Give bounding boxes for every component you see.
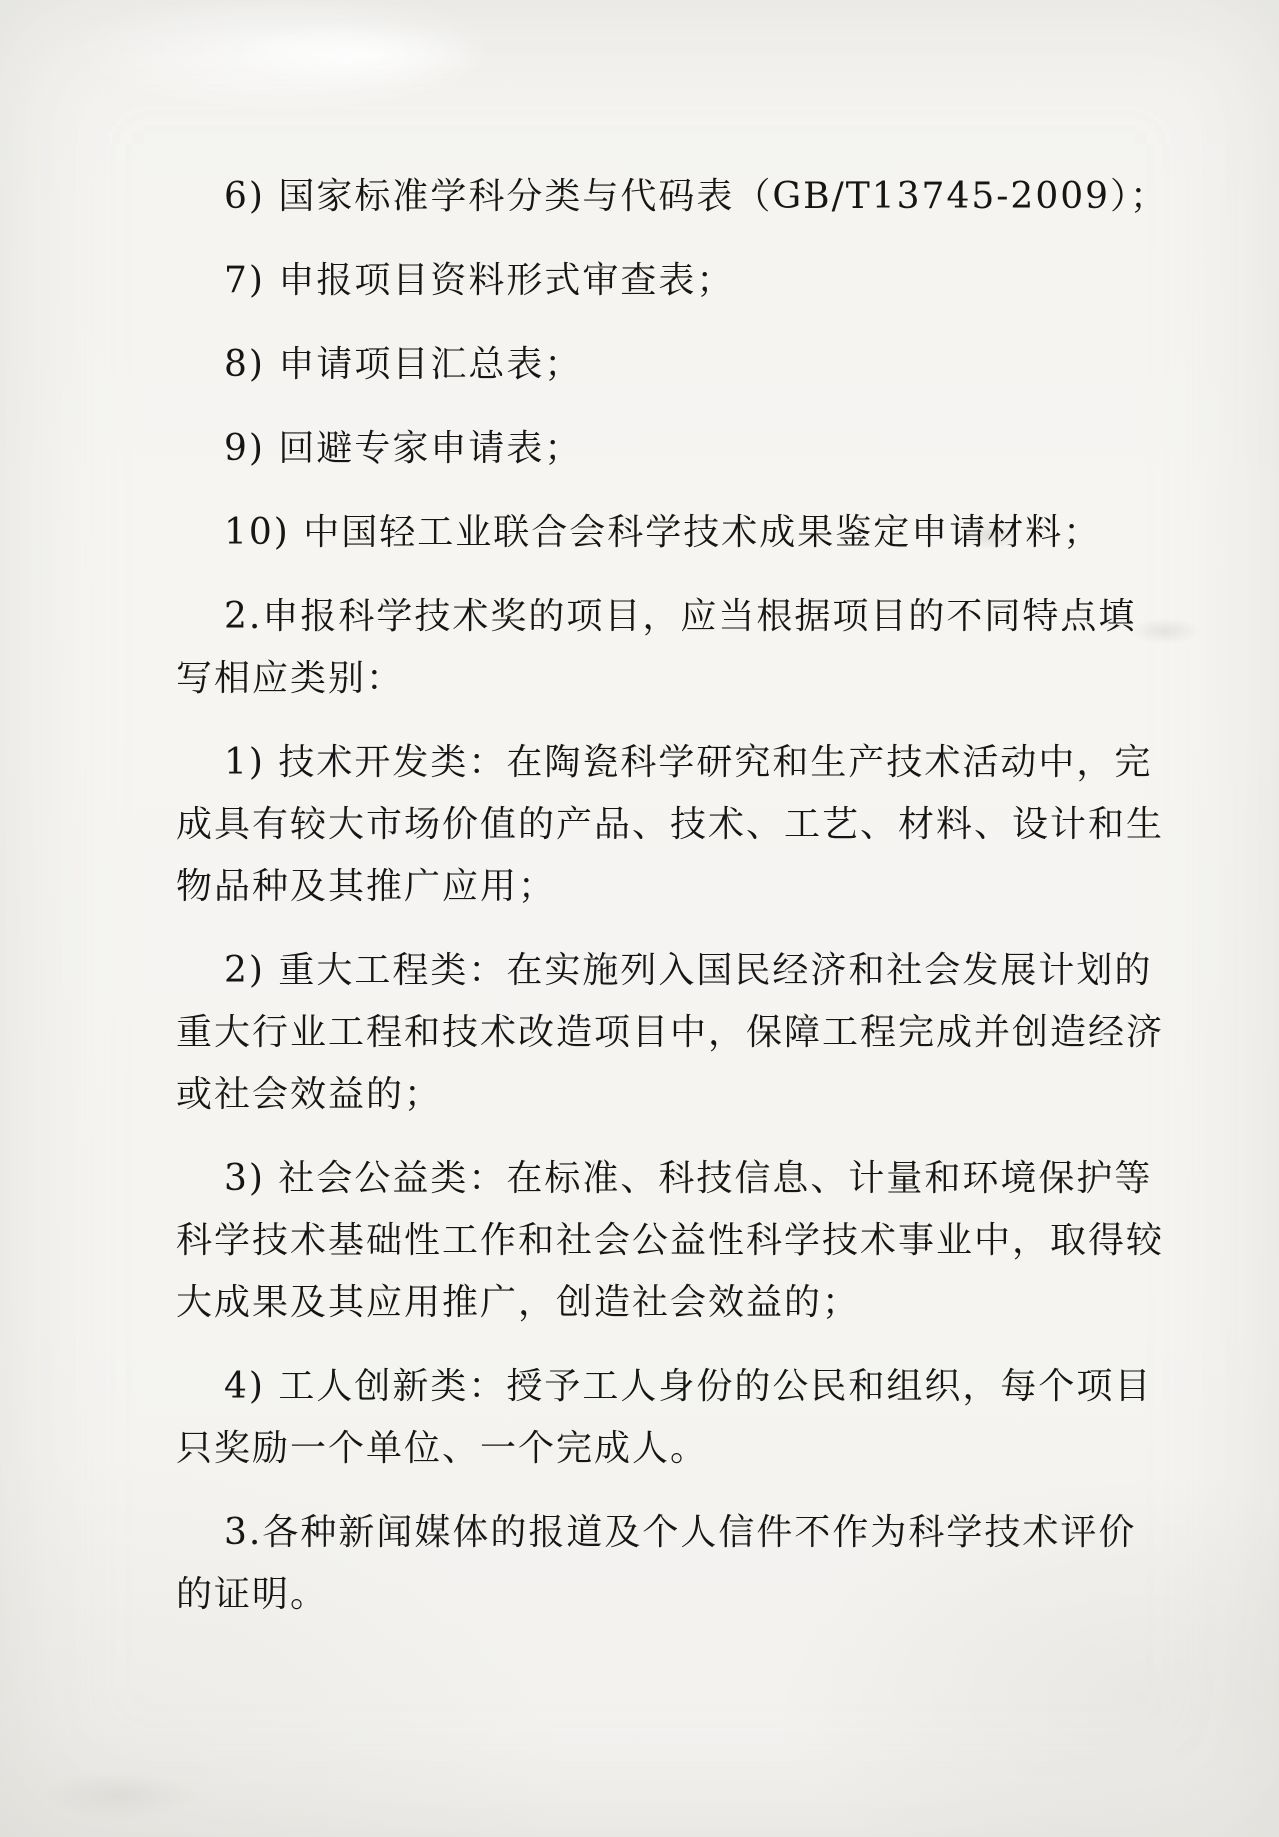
paragraph-2: 2.申报科学技术奖的项目，应当根据项目的不同特点填 写相应类别：	[176, 586, 1138, 710]
category-item-2: 2) 重大工程类：在实施列入国民经济和社会发展计划的 重大行业工程和技术改造项目…	[176, 940, 1138, 1126]
text-line: 或社会效益的；	[176, 1064, 1138, 1126]
list-item-9: 9) 回避专家申请表；	[176, 418, 1138, 480]
text-line: 1) 技术开发类：在陶瓷科学研究和生产技术活动中，完	[176, 732, 1138, 794]
scan-smudge	[40, 1770, 200, 1820]
text-line: 4) 工人创新类：授予工人身份的公民和组织，每个项目	[176, 1356, 1138, 1418]
text-line: 只奖励一个单位、一个完成人。	[176, 1418, 1138, 1480]
text-line: 写相应类别：	[176, 648, 1138, 710]
text-line: 科学技术基础性工作和社会公益性科学技术事业中，取得较	[176, 1210, 1138, 1272]
category-item-4: 4) 工人创新类：授予工人身份的公民和组织，每个项目 只奖励一个单位、一个完成人…	[176, 1356, 1138, 1480]
text-line: 成具有较大市场价值的产品、技术、工艺、材料、设计和生	[176, 794, 1138, 856]
scan-smudge	[230, 20, 490, 90]
list-item-7: 7) 申报项目资料形式审查表；	[176, 250, 1138, 312]
text-line: 重大行业工程和技术改造项目中，保障工程完成并创造经济	[176, 1002, 1138, 1064]
text-line: 3) 社会公益类：在标准、科技信息、计量和环境保护等	[176, 1148, 1138, 1210]
scanned-page: 6) 国家标准学科分类与代码表（GB/T13745-2009）； 7) 申报项目…	[0, 0, 1279, 1837]
document-body: 6) 国家标准学科分类与代码表（GB/T13745-2009）； 7) 申报项目…	[176, 166, 1138, 1648]
category-item-3: 3) 社会公益类：在标准、科技信息、计量和环境保护等 科学技术基础性工作和社会公…	[176, 1148, 1138, 1334]
category-item-1: 1) 技术开发类：在陶瓷科学研究和生产技术活动中，完 成具有较大市场价值的产品、…	[176, 732, 1138, 918]
text-line: 3.各种新闻媒体的报道及个人信件不作为科学技术评价	[176, 1502, 1138, 1564]
list-item-6: 6) 国家标准学科分类与代码表（GB/T13745-2009）；	[176, 166, 1138, 228]
paragraph-3: 3.各种新闻媒体的报道及个人信件不作为科学技术评价 的证明。	[176, 1502, 1138, 1626]
list-item-10: 10) 中国轻工业联合会科学技术成果鉴定申请材料；	[176, 502, 1138, 564]
text-line: 的证明。	[176, 1564, 1138, 1626]
text-line: 7) 申报项目资料形式审查表；	[176, 250, 1138, 312]
list-item-8: 8) 申请项目汇总表；	[176, 334, 1138, 396]
text-line: 物品种及其推广应用；	[176, 856, 1138, 918]
text-line: 大成果及其应用推广，创造社会效益的；	[176, 1272, 1138, 1334]
text-line: 10) 中国轻工业联合会科学技术成果鉴定申请材料；	[176, 502, 1138, 564]
text-line: 6) 国家标准学科分类与代码表（GB/T13745-2009）；	[176, 166, 1138, 228]
text-line: 8) 申请项目汇总表；	[176, 334, 1138, 396]
text-line: 2) 重大工程类：在实施列入国民经济和社会发展计划的	[176, 940, 1138, 1002]
text-line: 9) 回避专家申请表；	[176, 418, 1138, 480]
text-line: 2.申报科学技术奖的项目，应当根据项目的不同特点填	[176, 586, 1138, 648]
scan-smudge	[1130, 618, 1200, 644]
